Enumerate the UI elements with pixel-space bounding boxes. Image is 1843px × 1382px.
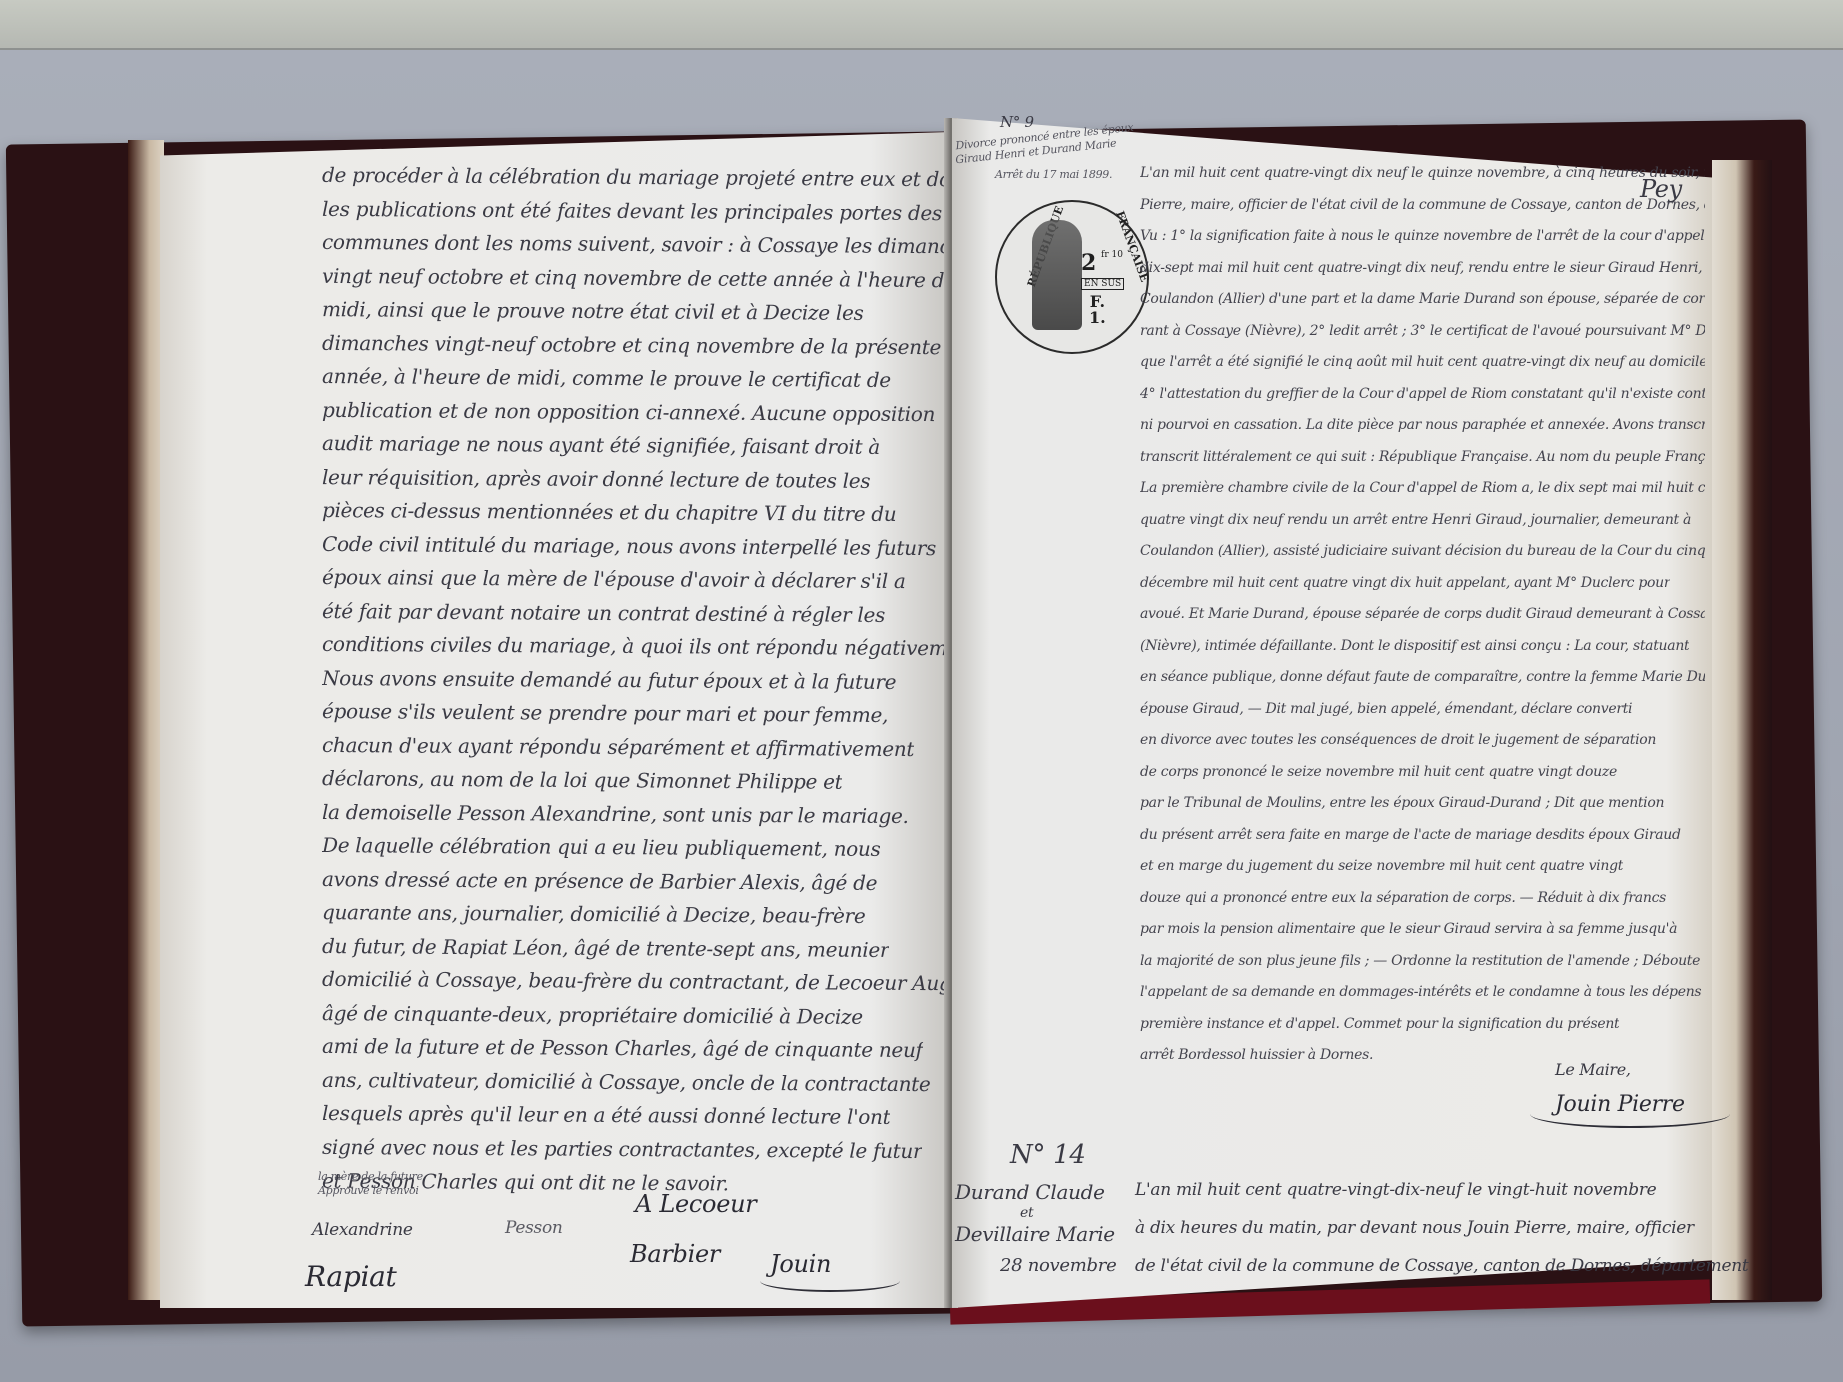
signature-barbier: Barbier <box>630 1240 720 1268</box>
left-page-line: épouse s'ils veulent se prendre pour mar… <box>322 699 888 727</box>
left-page-line: quarante ans, journalier, domicilié à De… <box>322 900 866 928</box>
right-page-line: décembre mil huit cent quatre vingt dix … <box>1140 575 1670 591</box>
right-page-line: de corps prononcé le seize novembre mil … <box>1140 764 1617 780</box>
right-page-line: quatre vingt dix neuf rendu un arrêt ent… <box>1140 512 1691 528</box>
marginal-note-line-1: la mère de la future <box>318 1170 423 1183</box>
signature-pesson: Pesson <box>505 1218 563 1238</box>
margin-entry-number: N° 9 <box>1000 113 1034 131</box>
left-page-line: époux ainsi que la mère de l'épouse d'av… <box>322 565 906 593</box>
right-page-line: La première chambre civile de la Cour d'… <box>1140 480 1705 496</box>
stamp-fraction: fr 10 <box>1101 250 1123 260</box>
right-page-line: la majorité de son plus jeune fils ; — O… <box>1140 953 1700 969</box>
right-page-line: par le Tribunal de Moulins, entre les ép… <box>1140 795 1664 811</box>
right-page-line: par mois la pension alimentaire que le s… <box>1140 921 1677 937</box>
next-entry-line-3: de l'état civil de la commune de Cossaye… <box>1135 1256 1748 1276</box>
right-page-line: avoué. Et Marie Durand, épouse séparée d… <box>1140 606 1705 622</box>
signature-lecoeur: A Lecoeur <box>635 1190 756 1218</box>
signature-rapiat: Rapiat <box>305 1260 396 1293</box>
background-shelf <box>0 0 1843 50</box>
right-page-line: dix-sept mai mil huit cent quatre-vingt … <box>1140 260 1705 276</box>
closing-le-maire: Le Maire, <box>1555 1060 1631 1079</box>
right-page-line: rant à Cossaye (Nièvre), 2° ledit arrêt … <box>1140 323 1705 339</box>
right-page-line: en divorce avec toutes les conséquences … <box>1140 732 1656 748</box>
right-page-line: Pierre, maire, officier de l'état civil … <box>1140 197 1705 213</box>
right-page-line: ni pourvoi en cassation. La dite pièce p… <box>1140 417 1705 433</box>
tax-stamp: RÉPUBLIQUE FRANÇAISE 2 fr 10 EN SUS F. 1… <box>995 200 1149 354</box>
left-page-line: audit mariage ne nous ayant été signifié… <box>322 431 880 459</box>
right-page-line: que l'arrêt a été signifié le cinq août … <box>1140 354 1705 370</box>
right-page-line: première instance et d'appel. Commet pou… <box>1140 1016 1619 1032</box>
right-page-line: en séance publique, donne défaut faute d… <box>1140 669 1705 685</box>
signature-alexandrine: Alexandrine <box>312 1220 413 1240</box>
left-page-line: signé avec nous et les parties contracta… <box>322 1134 922 1162</box>
left-page-line: été fait par devant notaire un contrat d… <box>322 599 885 627</box>
left-page-line: leur réquisition, après avoir donné lect… <box>322 465 870 493</box>
page-edges-right <box>1712 160 1772 1300</box>
right-page-line: arrêt Bordessol huissier à Dornes. <box>1140 1047 1373 1063</box>
left-page-line: communes dont les noms suivent, savoir :… <box>322 230 947 258</box>
left-page-line: lesquels après qu'il leur en a été aussi… <box>322 1101 891 1129</box>
left-page-line: De laquelle célébration qui a eu lieu pu… <box>322 833 881 861</box>
margin-note-line-3: Arrêt du 17 mai 1899. <box>995 168 1112 181</box>
left-page-line: domicilié à Cossaye, beau-frère du contr… <box>322 967 947 995</box>
right-page-line: Coulandon (Allier) d'une part et la dame… <box>1140 291 1705 307</box>
next-entry-et: et <box>1020 1205 1033 1221</box>
mayor-signature-flourish <box>1530 1100 1730 1128</box>
left-page-line: midi, ainsi que le prouve notre état civ… <box>322 297 864 325</box>
right-page-line: épouse Giraud, — Dit mal jugé, bien appe… <box>1140 701 1632 717</box>
right-page-line: l'appelant de sa demande en dommages-int… <box>1140 984 1705 1000</box>
next-entry-line-1: L'an mil huit cent quatre-vingt-dix-neuf… <box>1135 1180 1656 1200</box>
left-page-line: publication et de non opposition ci-anne… <box>322 397 935 425</box>
right-page-line: et en marge du jugement du seize novembr… <box>1140 858 1623 874</box>
stamp-f-num: 1. <box>1089 310 1106 326</box>
left-page-line: du futur, de Rapiat Léon, âgé de trente-… <box>322 934 889 962</box>
stamp-f1: F. 1. <box>1089 294 1106 326</box>
left-page-line: année, à l'heure de midi, comme le prouv… <box>322 364 891 392</box>
right-page-line: (Nièvre), intimée défaillante. Dont le d… <box>1140 638 1689 654</box>
left-page-line: vingt neuf octobre et cinq novembre de c… <box>322 263 947 291</box>
left-page-line: âgé de cinquante-deux, propriétaire domi… <box>322 1001 863 1029</box>
signature-flourish <box>760 1270 900 1292</box>
left-page-line: la demoiselle Pesson Alexandrine, sont u… <box>322 799 909 827</box>
stamp-value: 2 <box>1081 250 1096 276</box>
right-page-line: Coulandon (Allier), assisté judiciaire s… <box>1140 543 1705 559</box>
left-page-line: chacun d'eux ayant répondu séparément et… <box>322 732 914 760</box>
marianne-figure-icon <box>1032 220 1082 330</box>
left-page-line: Nous avons ensuite demandé au futur épou… <box>322 665 896 693</box>
right-page-line: 4° l'attestation du greffier de la Cour … <box>1140 386 1705 402</box>
page-edges-left <box>128 140 164 1300</box>
left-page-line: dimanches vingt-neuf octobre et cinq nov… <box>322 330 941 358</box>
stamp-en-sus: EN SUS <box>1081 278 1124 290</box>
next-entry-name-1: Durand Claude <box>955 1180 1105 1204</box>
right-page-line: du présent arrêt sera faite en marge de … <box>1140 827 1681 843</box>
left-page-line: ans, cultivateur, domicilié à Cossaye, o… <box>322 1067 931 1095</box>
right-page-line: L'an mil huit cent quatre-vingt dix neuf… <box>1140 165 1705 181</box>
left-page-line: pièces ci-dessus mentionnées et du chapi… <box>322 498 897 526</box>
next-entry-line-2: à dix heures du matin, par devant nous J… <box>1135 1218 1694 1238</box>
next-entry-date: 28 novembre <box>1000 1255 1116 1276</box>
left-page-line: les publications ont été faites devant l… <box>322 196 947 224</box>
next-entry-number: N° 14 <box>1010 1140 1086 1170</box>
left-page-line: Code civil intitulé du mariage, nous avo… <box>322 531 936 559</box>
left-page-line: de procéder à la célébration du mariage … <box>322 163 947 191</box>
left-page-line: avons dressé acte en présence de Barbier… <box>322 867 877 895</box>
right-page-line: transcrit littéralement ce qui suit : Ré… <box>1140 449 1705 465</box>
left-page-line: conditions civiles du mariage, à quoi il… <box>322 632 947 660</box>
right-page-line: Vu : 1° la signification faite à nous le… <box>1140 228 1705 244</box>
left-page-line: ami de la future et de Pesson Charles, â… <box>322 1034 923 1062</box>
marginal-note-line-2: Approuvé le renvoi <box>318 1184 419 1197</box>
next-entry-name-2: Devillaire Marie <box>955 1222 1115 1246</box>
left-page-line: déclarons, au nom de la loi que Simonnet… <box>322 766 843 794</box>
right-page-line: douze qui a prononcé entre eux la sépara… <box>1140 890 1666 906</box>
